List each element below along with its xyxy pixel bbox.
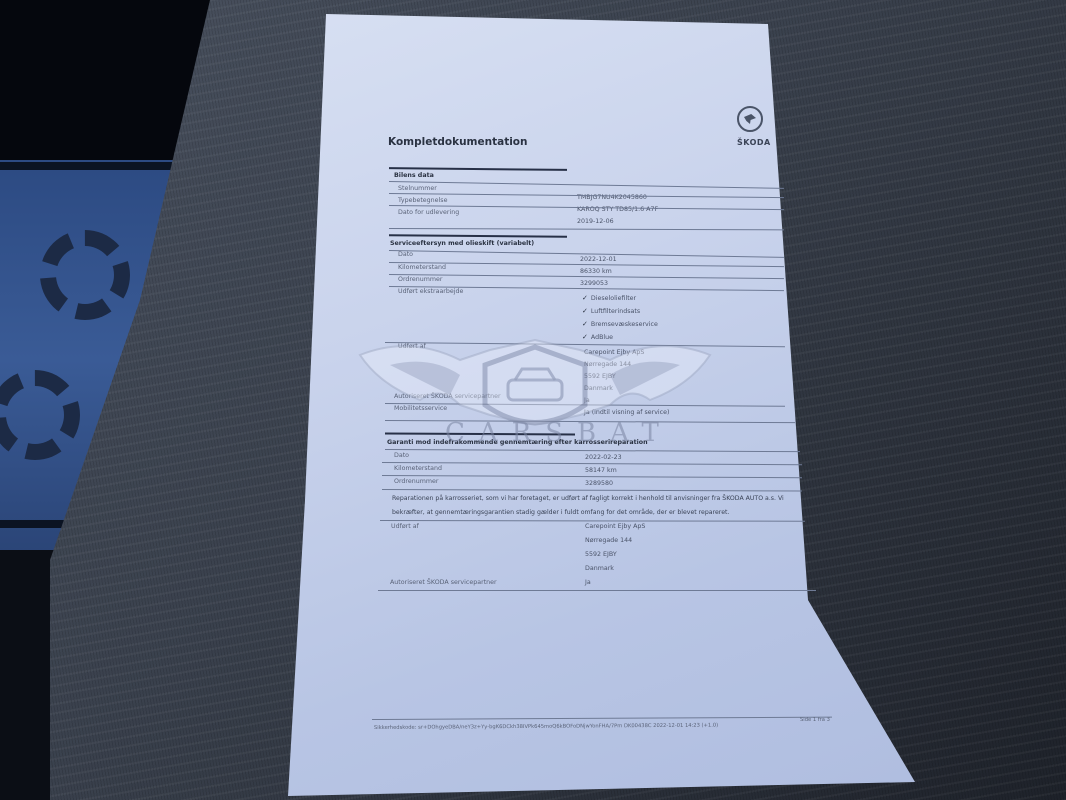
- value-warranty-order: 3289580: [585, 480, 613, 487]
- checkmark-icon: ✓: [582, 307, 588, 315]
- section-heading-vehicle: Bilens data: [394, 172, 434, 179]
- label-warranty-performed-by: Udført af: [391, 523, 419, 530]
- label-delivery-date: Dato for udlevering: [398, 209, 459, 216]
- label-mobility-service: Mobilitetsservice: [394, 405, 447, 412]
- checkmark-icon: ✓: [582, 333, 588, 341]
- label-type: Typebetegnelse: [398, 197, 447, 204]
- watermark-text: CARSBAT: [445, 418, 673, 448]
- warranty-workshop-street: Nørregade 144: [585, 537, 632, 544]
- value-warranty-mileage: 58147 km: [585, 467, 617, 474]
- value-mobility-service: Ja (indtil visning af service): [584, 409, 669, 416]
- label-authorized-partner: Autoriseret ŠKODA servicepartner: [394, 393, 501, 400]
- workshop-street: Nørregade 144: [584, 361, 631, 368]
- value-warranty-date: 2022-02-23: [585, 454, 622, 461]
- row-divider: [378, 590, 816, 591]
- warranty-statement-line1: Reparationen på karrosseriet, som vi har…: [392, 495, 784, 502]
- label-extra-work: Udført ekstraarbejde: [398, 288, 463, 295]
- value-service-date: 2022-12-01: [580, 256, 617, 263]
- section-bar: [389, 234, 567, 238]
- document: Kompletdokumentation ŠKODA Bilens data S…: [0, 0, 1066, 800]
- value-service-mileage: 86330 km: [580, 268, 612, 275]
- label-warranty-mileage: Kilometerstand: [394, 465, 442, 472]
- label-performed-by: Udført af: [398, 343, 426, 350]
- extra-work-item: ✓Luftfilterindsats: [582, 307, 640, 315]
- warranty-workshop-name: Carepoint Ejby ApS: [585, 523, 645, 530]
- row-divider: [382, 462, 802, 465]
- value-delivery-date: 2019-12-06: [577, 218, 614, 225]
- page-number: Side 1 fra 3: [800, 717, 830, 723]
- value-service-order: 3299053: [580, 280, 608, 287]
- workshop-country: Danmark: [584, 385, 613, 392]
- label-warranty-date: Dato: [394, 452, 409, 459]
- section-heading-service: Serviceeftersyn med olieskift (variabelt…: [390, 240, 534, 247]
- brand-name: ŠKODA: [737, 138, 771, 147]
- extra-work-item: ✓Dieseloliefilter: [582, 294, 636, 302]
- document-title: Kompletdokumentation: [388, 136, 528, 148]
- row-divider: [382, 489, 802, 491]
- workshop-name: Carepoint Ejby ApS: [584, 349, 644, 356]
- label-service-mileage: Kilometerstand: [398, 264, 446, 271]
- warranty-workshop-city: 5592 EJBY: [585, 551, 617, 558]
- checkmark-icon: ✓: [582, 294, 588, 302]
- security-code: Sikkerhedskode: sr+DOhgyeDBA/neY3z+Yy-bg…: [374, 723, 718, 731]
- value-warranty-authorized: Ja: [585, 579, 591, 586]
- label-warranty-authorized: Autoriseret ŠKODA servicepartner: [390, 579, 497, 586]
- row-divider: [385, 342, 785, 347]
- extra-work-item: ✓AdBlue: [582, 333, 613, 341]
- label-service-date: Dato: [398, 251, 413, 258]
- value-authorized-partner: Ja: [584, 397, 590, 404]
- row-divider: [389, 181, 784, 189]
- warranty-workshop-country: Danmark: [585, 565, 614, 572]
- label-service-order: Ordrenummer: [398, 276, 442, 283]
- row-divider: [382, 475, 802, 478]
- label-warranty-order: Ordrenummer: [394, 478, 438, 485]
- row-divider: [380, 520, 805, 522]
- row-divider: [389, 228, 784, 230]
- footer-divider: [372, 717, 832, 720]
- row-divider: [385, 449, 800, 452]
- extra-work-item: ✓Bremsevæskeservice: [582, 320, 658, 328]
- label-vin: Stelnummer: [398, 185, 437, 192]
- workshop-city: 5592 EJBY: [584, 373, 616, 380]
- checkmark-icon: ✓: [582, 320, 588, 328]
- section-bar: [389, 167, 567, 171]
- skoda-logo-icon: [737, 106, 763, 132]
- warranty-statement-line2: bekræfter, at gennemtæringsgarantien sta…: [392, 509, 729, 516]
